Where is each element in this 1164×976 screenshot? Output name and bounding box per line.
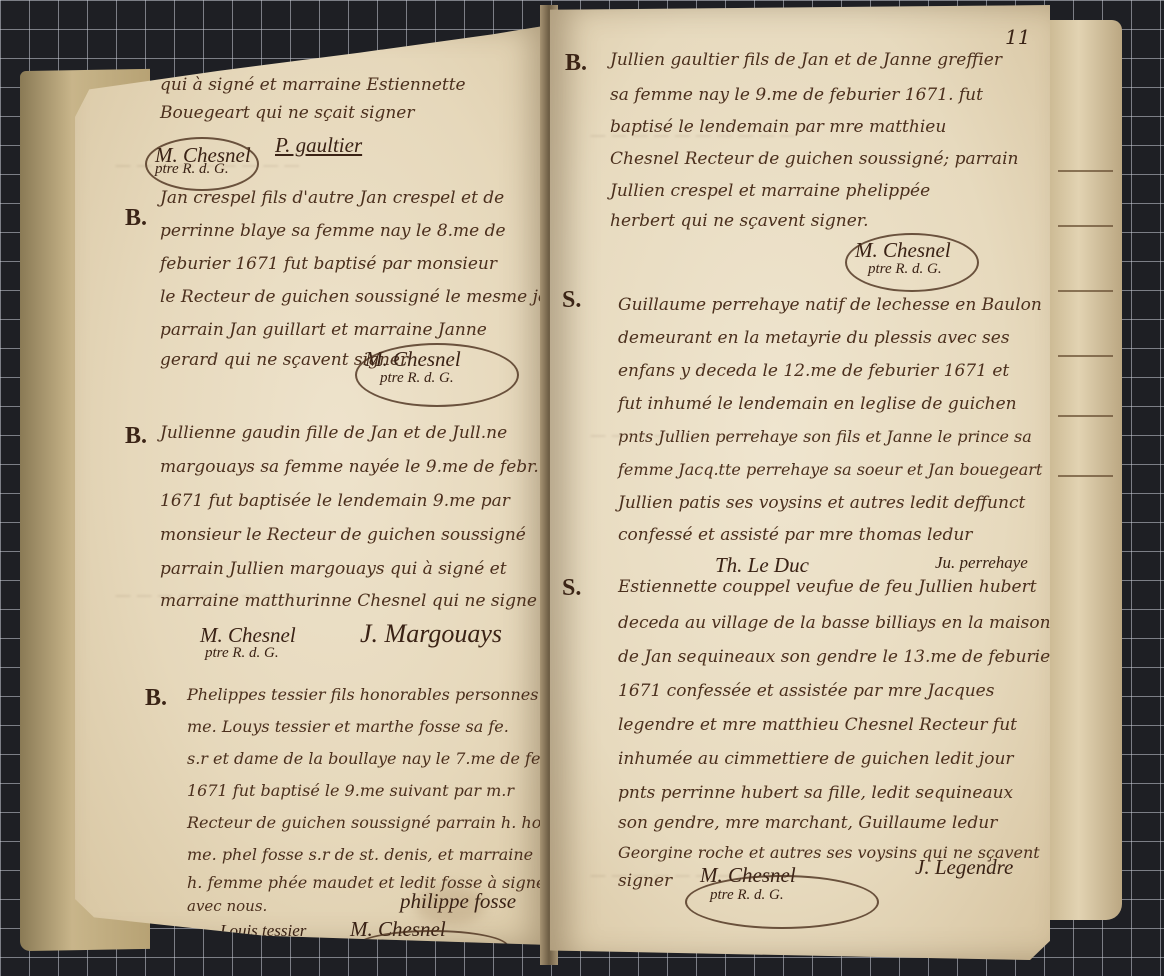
entry-line: le Recteur de guichen soussigné le mesme… <box>160 287 567 307</box>
leaf-flourish <box>1058 170 1113 172</box>
leaf-flourish <box>1058 415 1113 417</box>
signature: philippe fosse <box>400 889 516 914</box>
entry-line: son gendre, mre marchant, Guillaume ledu… <box>618 813 997 833</box>
left-page: — — — — — — — — — — — — — — — — — — qui … <box>75 25 550 945</box>
entry-line: feburier 1671 fut baptisé par monsieur <box>160 254 497 274</box>
entry-line: 1671 fut baptisée le lendemain 9.me par <box>160 491 510 511</box>
entry-line: Jullien gaultier fils de Jan et de Janne… <box>610 50 1002 70</box>
entry-line: monsieur le Recteur de guichen soussigné <box>160 525 526 545</box>
entry-marker: B. <box>145 685 167 712</box>
entry-line: me. Louys tessier et marthe fosse sa fe. <box>187 717 509 736</box>
entry-line: Phelippes tessier fils honorables person… <box>187 685 538 704</box>
entry-line: Jullienne gaudin fille de Jan et de Jull… <box>160 423 507 443</box>
entry-line: Estiennette couppel veufue de feu Jullie… <box>618 577 1037 597</box>
entry-line: qui à signé et marraine Estiennette <box>160 75 466 95</box>
entry-line: parrain Jullien margouays qui à signé et <box>160 559 507 579</box>
entry-line: pnts perrinne hubert sa fille, ledit seq… <box>618 783 1013 803</box>
entry-line: signer <box>618 871 672 891</box>
signature-flourish <box>845 233 979 292</box>
leaf-flourish <box>1058 290 1113 292</box>
entry-line: confessé et assisté par mre thomas ledur <box>618 525 972 545</box>
entry-line: me. phel fosse s.r de st. denis, et marr… <box>187 845 533 864</box>
signature-flourish <box>355 930 509 964</box>
right-page: 11 — — — — — — — — — — — — — — — — — — —… <box>550 5 1050 960</box>
entry-marker: B. <box>125 205 147 232</box>
entry-line: Chesnel Recteur de guichen soussigné; pa… <box>610 149 1018 169</box>
signature: Louis tessier <box>220 921 306 941</box>
entry-line: femme Jacq.tte perrehaye sa soeur et Jan… <box>618 460 1042 479</box>
entry-line: deceda au village de la basse billiays e… <box>618 613 1051 633</box>
entry-line: 1671 confessée et assistée par mre Jacqu… <box>618 681 994 701</box>
leaf-flourish <box>1058 225 1113 227</box>
signature: J. Margouays <box>360 619 502 649</box>
entry-line: s.r et dame de la boullaye nay le 7.me d… <box>187 749 556 768</box>
entry-line: 1671 fut baptisé le 9.me suivant par m.r <box>187 781 514 800</box>
signature: Ju. perrehaye <box>935 553 1028 573</box>
page-number: 11 <box>1005 25 1030 49</box>
signature-flourish <box>685 875 879 929</box>
right-outer-leaves <box>1050 20 1122 920</box>
entry-line: inhumée au cimmettiere de guichen ledit … <box>618 749 1014 769</box>
leaf-flourish <box>1058 475 1113 477</box>
signature-flourish <box>355 343 519 407</box>
entry-line: avec nous. <box>187 897 267 915</box>
signature: P. gaultier <box>275 133 362 158</box>
entry-marker: S. <box>562 575 581 602</box>
entry-line: fut inhumé le lendemain en leglise de gu… <box>618 394 1017 414</box>
signature: ptre R. d. G. <box>205 645 279 662</box>
entry-line: Jullien patis ses voysins et autres ledi… <box>618 493 1025 513</box>
entry-marker: S. <box>562 287 581 314</box>
entry-line: Jan crespel fils d'autre Jan crespel et … <box>160 188 504 208</box>
entry-line: margouays sa femme nayée le 9.me de febr… <box>160 457 539 477</box>
entry-line: Recteur de guichen soussigné parrain h. … <box>187 813 562 832</box>
leaf-flourish <box>1058 355 1113 357</box>
open-register-book: — — — — — — — — — — — — — — — — — — qui … <box>0 0 1164 976</box>
entry-line: perrinne blaye sa femme nay le 8.me de <box>160 221 506 241</box>
entry-line: Bouegeart qui ne sçait signer <box>160 103 415 123</box>
entry-line: Guillaume perrehaye natif de lechesse en… <box>618 295 1042 315</box>
signature: ptre R. d. G. <box>370 939 444 956</box>
signature: Th. Le Duc <box>715 553 809 578</box>
entry-line: demeurant en la metayrie du plessis avec… <box>618 328 1010 348</box>
entry-line: parrain Jan guillart et marraine Janne <box>160 320 487 340</box>
entry-marker: B. <box>565 50 587 77</box>
entry-line: legendre et mre matthieu Chesnel Recteur… <box>618 715 1017 735</box>
entry-line: Jullien crespel et marraine phelippée <box>610 181 930 201</box>
entry-line: marraine matthurinne Chesnel qui ne sign… <box>160 591 537 611</box>
entry-line: herbert qui ne sçavent signer. <box>610 211 868 231</box>
signature-flourish <box>145 137 259 191</box>
entry-line: enfans y deceda le 12.me de feburier 167… <box>618 361 1009 381</box>
entry-line: baptisé le lendemain par mre matthieu <box>610 117 946 137</box>
entry-marker: B. <box>125 423 147 450</box>
entry-line: sa femme nay le 9.me de feburier 1671. f… <box>610 85 983 105</box>
entry-line: de Jan sequineaux son gendre le 13.me de… <box>618 647 1058 667</box>
entry-line: pnts Jullien perrehaye son fils et Janne… <box>618 427 1032 446</box>
signature: J. Legendre <box>915 855 1013 880</box>
